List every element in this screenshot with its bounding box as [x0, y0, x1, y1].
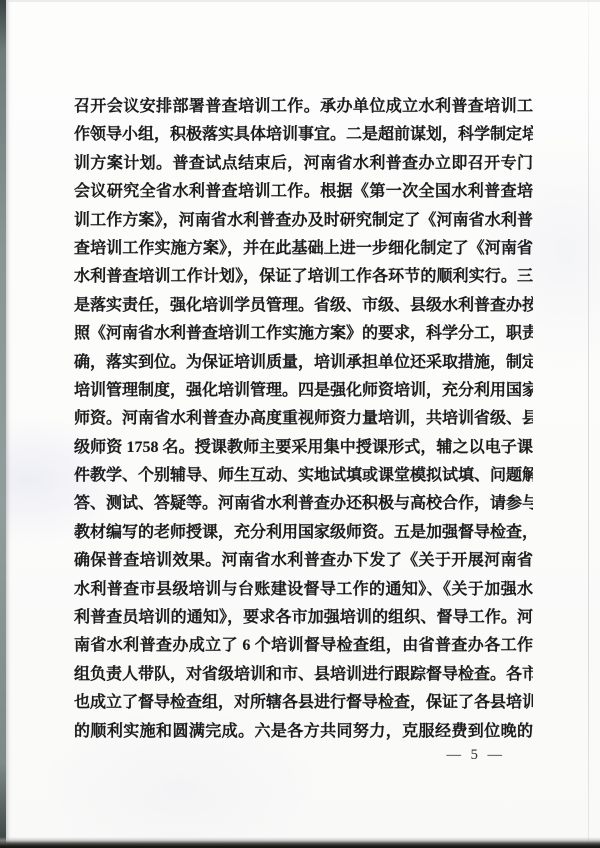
text-line: 会议研究全省水利普查培训工作。根据《第一次全国水利普查培: [74, 178, 533, 206]
text-line: 利普查员培训的通知》，要求各市加强培训的组织、督导工作。河: [74, 604, 533, 632]
text-line: 照《河南省水利普查培训工作实施方案》的要求，科学分工，职责明: [74, 320, 533, 348]
text-line: 教材编写的老师授课，充分利用国家级师资。五是加强督导检查，: [74, 519, 533, 547]
body-text: 召开会议安排部署普查培训工作。承办单位成立水利普查培训工 作领导小组，积极落实具…: [74, 93, 533, 746]
text-line: 作领导小组，积极落实具体培训事宜。二是超前谋划，科学制定培: [74, 121, 533, 149]
text-line: 是落实责任，强化培训学员管理。省级、市级、县级水利普查办按: [74, 292, 533, 320]
text-line: 水利普查培训工作计划》，保证了培训工作各环节的顺利实行。三: [74, 263, 533, 291]
text-line: 级师资 1758 名。授课教师主要采用集中授课形式，辅之以电子课: [74, 434, 533, 462]
scan-edge-left: [0, 0, 6, 848]
scan-edge-bottom: [0, 837, 600, 848]
text-line: 训工作方案》，河南省水利普查办及时研究制定了《河南省水利普: [74, 207, 533, 235]
text-line: 件教学、个别辅导、师生互动、实地试填或课堂模拟试填、问题解: [74, 462, 533, 490]
text-line: 师资。河南省水利普查办高度重视师资力量培训，共培训省级、县: [74, 405, 533, 433]
text-line: 南省水利普查办成立了 6 个培训督导检查组，由省普查办各工作: [74, 632, 533, 660]
scanned-document-page: 召开会议安排部署普查培训工作。承办单位成立水利普查培训工 作领导小组，积极落实具…: [0, 0, 600, 848]
text-line: 也成立了督导检查组，对所辖各县进行督导检查，保证了各县培训: [74, 689, 533, 717]
scan-edge-top: [0, 0, 600, 2]
text-line: 培训管理制度，强化培训管理。四是强化师资培训，充分利用国家: [74, 377, 533, 405]
text-line: 确，落实到位。为保证培训质量，培训承担单位还采取措施，制定: [74, 349, 533, 377]
text-line: 召开会议安排部署普查培训工作。承办单位成立水利普查培训工: [74, 93, 533, 121]
text-line: 水利普查市县级培训与台账建设督导工作的通知》、《关于加强水: [74, 576, 533, 604]
page-number: — 5 —: [447, 744, 506, 766]
text-line: 训方案计划。普查试点结束后，河南省水利普查办立即召开专门: [74, 150, 533, 178]
text-line: 组负责人带队，对省级培训和市、县培训进行跟踪督导检查。各市: [74, 661, 533, 689]
page-edge-line: [588, 0, 590, 848]
text-line: 的顺利实施和圆满完成。六是各方共同努力，克服经费到位晚的: [74, 718, 533, 746]
text-line: 确保普查培训效果。河南省水利普查办下发了《关于开展河南省: [74, 547, 533, 575]
text-line: 答、测试、答疑等。河南省水利普查办还积极与高校合作，请参与: [74, 490, 533, 518]
text-line: 查培训工作实施方案》，并在此基础上进一步细化制定了《河南省: [74, 235, 533, 263]
